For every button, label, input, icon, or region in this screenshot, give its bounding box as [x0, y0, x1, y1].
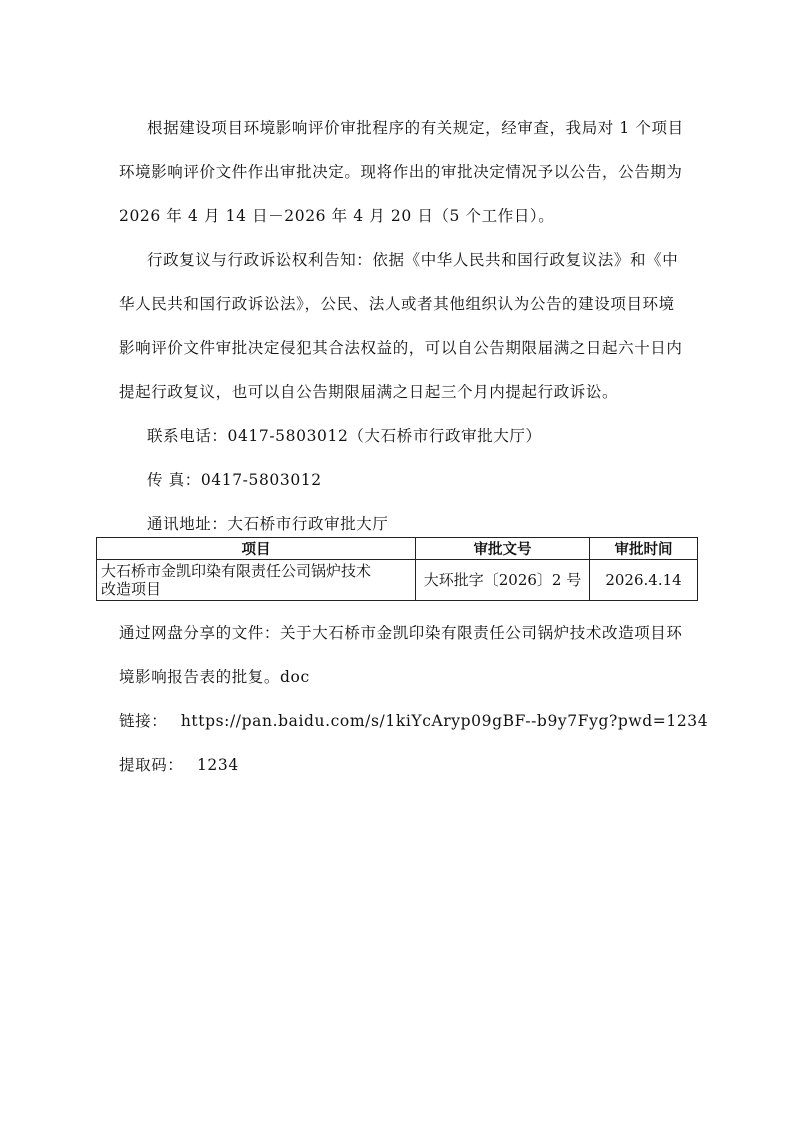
- share-file-line: 通过网盘分享的文件：关于大石桥市金凯印染有限责任公司锅炉技术改造项目环: [119, 623, 683, 643]
- rights-paragraph-line: 行政复议与行政诉讼权利告知：依据《中华人民共和国行政复议法》和《中: [147, 250, 678, 270]
- share-link-url[interactable]: https://pan.baidu.com/s/1kiYcAryp09gBF--…: [181, 712, 708, 730]
- notice-paragraph-line: 根据建设项目环境影响评价审批程序的有关规定，经审查，我局对 1 个项目: [147, 118, 684, 138]
- contact-phone: 联系电话：0417-5803012（大石桥市行政审批大厅）: [147, 426, 542, 446]
- contact-fax: 传 真：0417-5803012: [147, 470, 322, 490]
- cell-project-line: 大石桥市金凯印染有限责任公司锅炉技术: [101, 562, 411, 580]
- rights-paragraph-line: 华人民共和国行政诉讼法》，公民、法人或者其他组织认为公告的建设项目环境: [119, 294, 675, 314]
- header-approval-no: 审批文号: [416, 538, 590, 560]
- header-approval-date: 审批时间: [590, 538, 698, 560]
- cell-approval-no: 大环批字〔2026〕2 号: [416, 560, 590, 601]
- share-code-row: 提取码： 1234: [119, 755, 239, 775]
- share-link-row: 链接： https://pan.baidu.com/s/1kiYcAryp09g…: [119, 711, 708, 731]
- cell-project: 大石桥市金凯印染有限责任公司锅炉技术 改造项目: [97, 560, 416, 601]
- cell-approval-date: 2026.4.14: [590, 560, 698, 601]
- share-code-value: 1234: [197, 756, 239, 774]
- approval-table: 项目 审批文号 审批时间 大石桥市金凯印染有限责任公司锅炉技术 改造项目 大环批…: [96, 537, 698, 601]
- notice-paragraph-line: 2026 年 4 月 14 日－2026 年 4 月 20 日（5 个工作日）。: [119, 206, 554, 226]
- notice-paragraph-line: 环境影响评价文件作出审批决定。现将作出的审批决定情况予以公告，公告期为: [119, 162, 683, 182]
- cell-project-line: 改造项目: [101, 580, 411, 598]
- header-project: 项目: [97, 538, 416, 560]
- table-row: 大石桥市金凯印染有限责任公司锅炉技术 改造项目 大环批字〔2026〕2 号 20…: [97, 560, 698, 601]
- contact-address: 通讯地址：大石桥市行政审批大厅: [147, 514, 389, 534]
- share-code-label: 提取码：: [119, 756, 183, 774]
- share-file-line: 境影响报告表的批复。doc: [119, 667, 310, 687]
- share-link-label: 链接：: [119, 712, 167, 730]
- document-page: 根据建设项目环境影响评价审批程序的有关规定，经审查，我局对 1 个项目 环境影响…: [0, 0, 793, 1122]
- rights-paragraph-line: 影响评价文件审批决定侵犯其合法权益的，可以自公告期限届满之日起六十日内: [119, 338, 683, 358]
- rights-paragraph-line: 提起行政复议，也可以自公告期限届满之日起三个月内提起行政诉讼。: [119, 382, 618, 402]
- table-header-row: 项目 审批文号 审批时间: [97, 538, 698, 560]
